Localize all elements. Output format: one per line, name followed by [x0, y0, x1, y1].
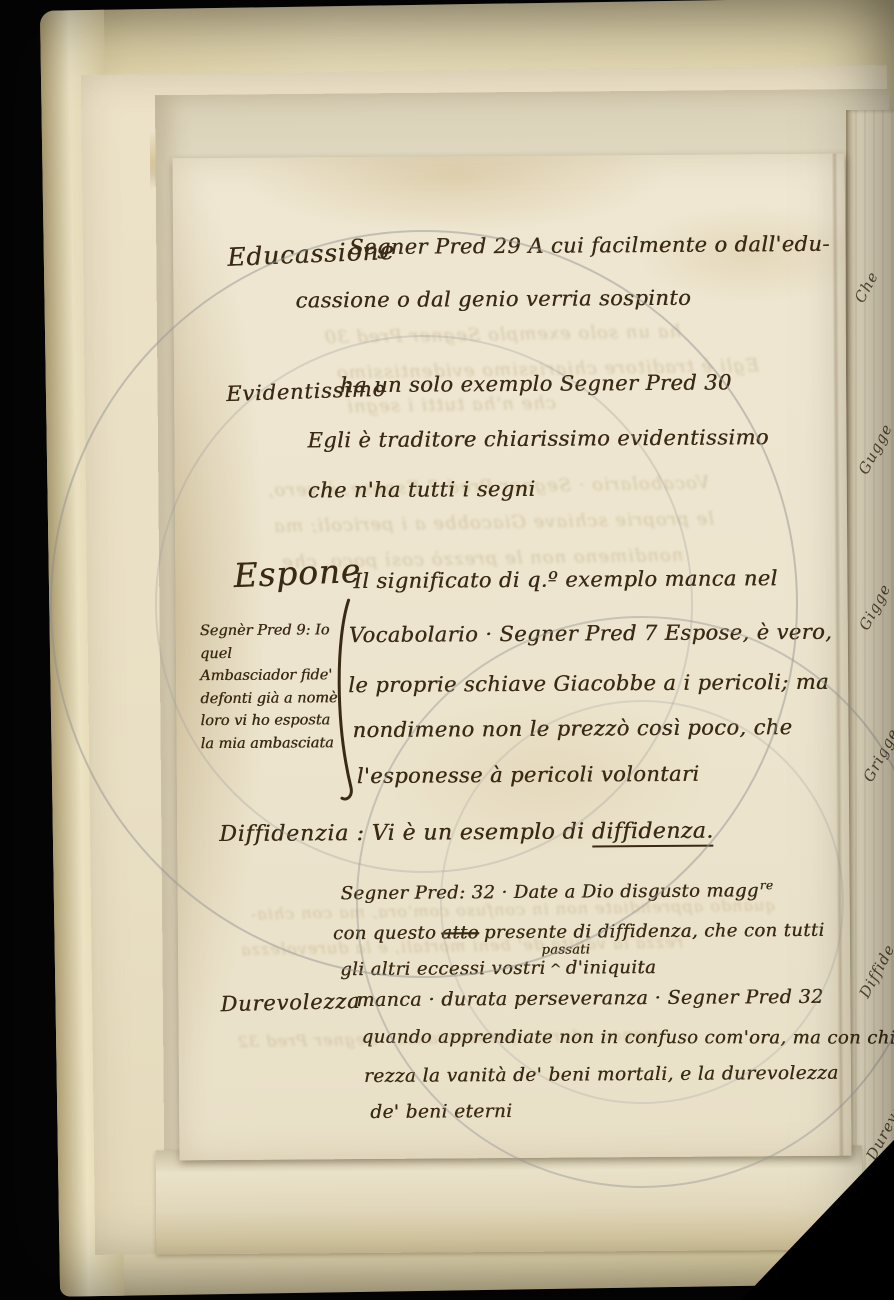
margin-note-line: la mia ambasciata	[201, 732, 351, 756]
entry-headline: Diffidenzia : Vi è un esemplo di diffide…	[219, 819, 714, 847]
entry-line: ha un solo exemplo Segner Pred 30	[340, 370, 732, 397]
entry-line: l'esponesse à pericoli volontari	[357, 762, 700, 788]
page-block-bottom-edge	[156, 1146, 863, 1255]
edge-text-fragment: Che	[851, 268, 882, 306]
next-page-fore-edge: Che Gugge Gigge Grigge Diffide Durevole	[846, 110, 894, 1240]
entry-line: Vocabolario · Segner Pred 7 Espose, è ve…	[349, 620, 832, 647]
entry-line: manca · durata perseveranza · Segner Pre…	[356, 986, 823, 1011]
entry-line: nondimeno non le prezzò così poco, che	[352, 715, 792, 742]
edge-text-fragment: Gugge	[855, 421, 894, 478]
entry-line: Vi è un esemplo di	[372, 819, 585, 845]
inserted-word: passati^	[550, 958, 562, 979]
edge-text-fragment: Diffide	[855, 941, 894, 1001]
entry-line: Egli è traditore chiarissimo evidentissi…	[307, 425, 768, 452]
entry-line: cassione o dal genio verria sospinto	[295, 286, 691, 313]
entry-line: con questoattopresente di diffidenza, ch…	[333, 920, 825, 944]
manuscript-photo: Che Gugge Gigge Grigge Diffide Durevole …	[0, 0, 894, 1300]
entry-line: che n'ha tutti i segni	[308, 477, 536, 503]
separator: :	[356, 821, 364, 846]
entry-headword: Durevolezza	[220, 989, 360, 1016]
struck-word: atto	[441, 922, 479, 943]
margin-note-line: Ambasciador fide'	[200, 664, 350, 688]
entry-headword: Espone	[233, 551, 362, 595]
entry-line: quando apprendiate non in confuso com'or…	[362, 1027, 894, 1049]
entry-headword: Diffidenzia	[219, 821, 349, 847]
entry-line: le proprie schiave Giacobbe a i pericoli…	[348, 670, 829, 697]
underlined-word: diffidenza.	[592, 819, 714, 848]
entry-line: Segner Pred: 32 · Date a Dio disgusto ma…	[341, 878, 774, 904]
entry-line: rezza la vanità de' beni mortali, e la d…	[364, 1063, 839, 1087]
bleedthrough-text: ha un solo exemplo Segner Pred 30	[324, 321, 682, 348]
entry-line: Segner Pred 29 A cui facilmente o dall'e…	[349, 232, 830, 259]
margin-note-line: Segnèr Pred 9: Io quel	[200, 619, 350, 665]
entry-line: Il significato di q.º exemplo manca nel	[353, 566, 777, 593]
caret-mark: ^	[550, 962, 562, 978]
edge-text-fragment: Gigge	[855, 581, 894, 633]
edge-text-fragment: Grigge	[859, 725, 894, 785]
margin-note-line: loro vi ho esposta	[200, 710, 350, 734]
bleedthrough-text: le proprie schiave Giacobbe a i pericoli…	[273, 508, 714, 537]
superscript: re	[760, 878, 774, 892]
entry-line: gli altri eccessi vostripassati^d'iniqui…	[340, 957, 656, 980]
margin-note: Segnèr Pred 9: Io quel Ambasciador fide'…	[200, 619, 351, 756]
manuscript-page: ha un solo exemplo Segner Pred 30 Egli è…	[173, 154, 852, 1161]
entry-line: de' beni eterni	[370, 1101, 512, 1123]
margin-note-line: defonti già a nomè	[200, 687, 350, 711]
